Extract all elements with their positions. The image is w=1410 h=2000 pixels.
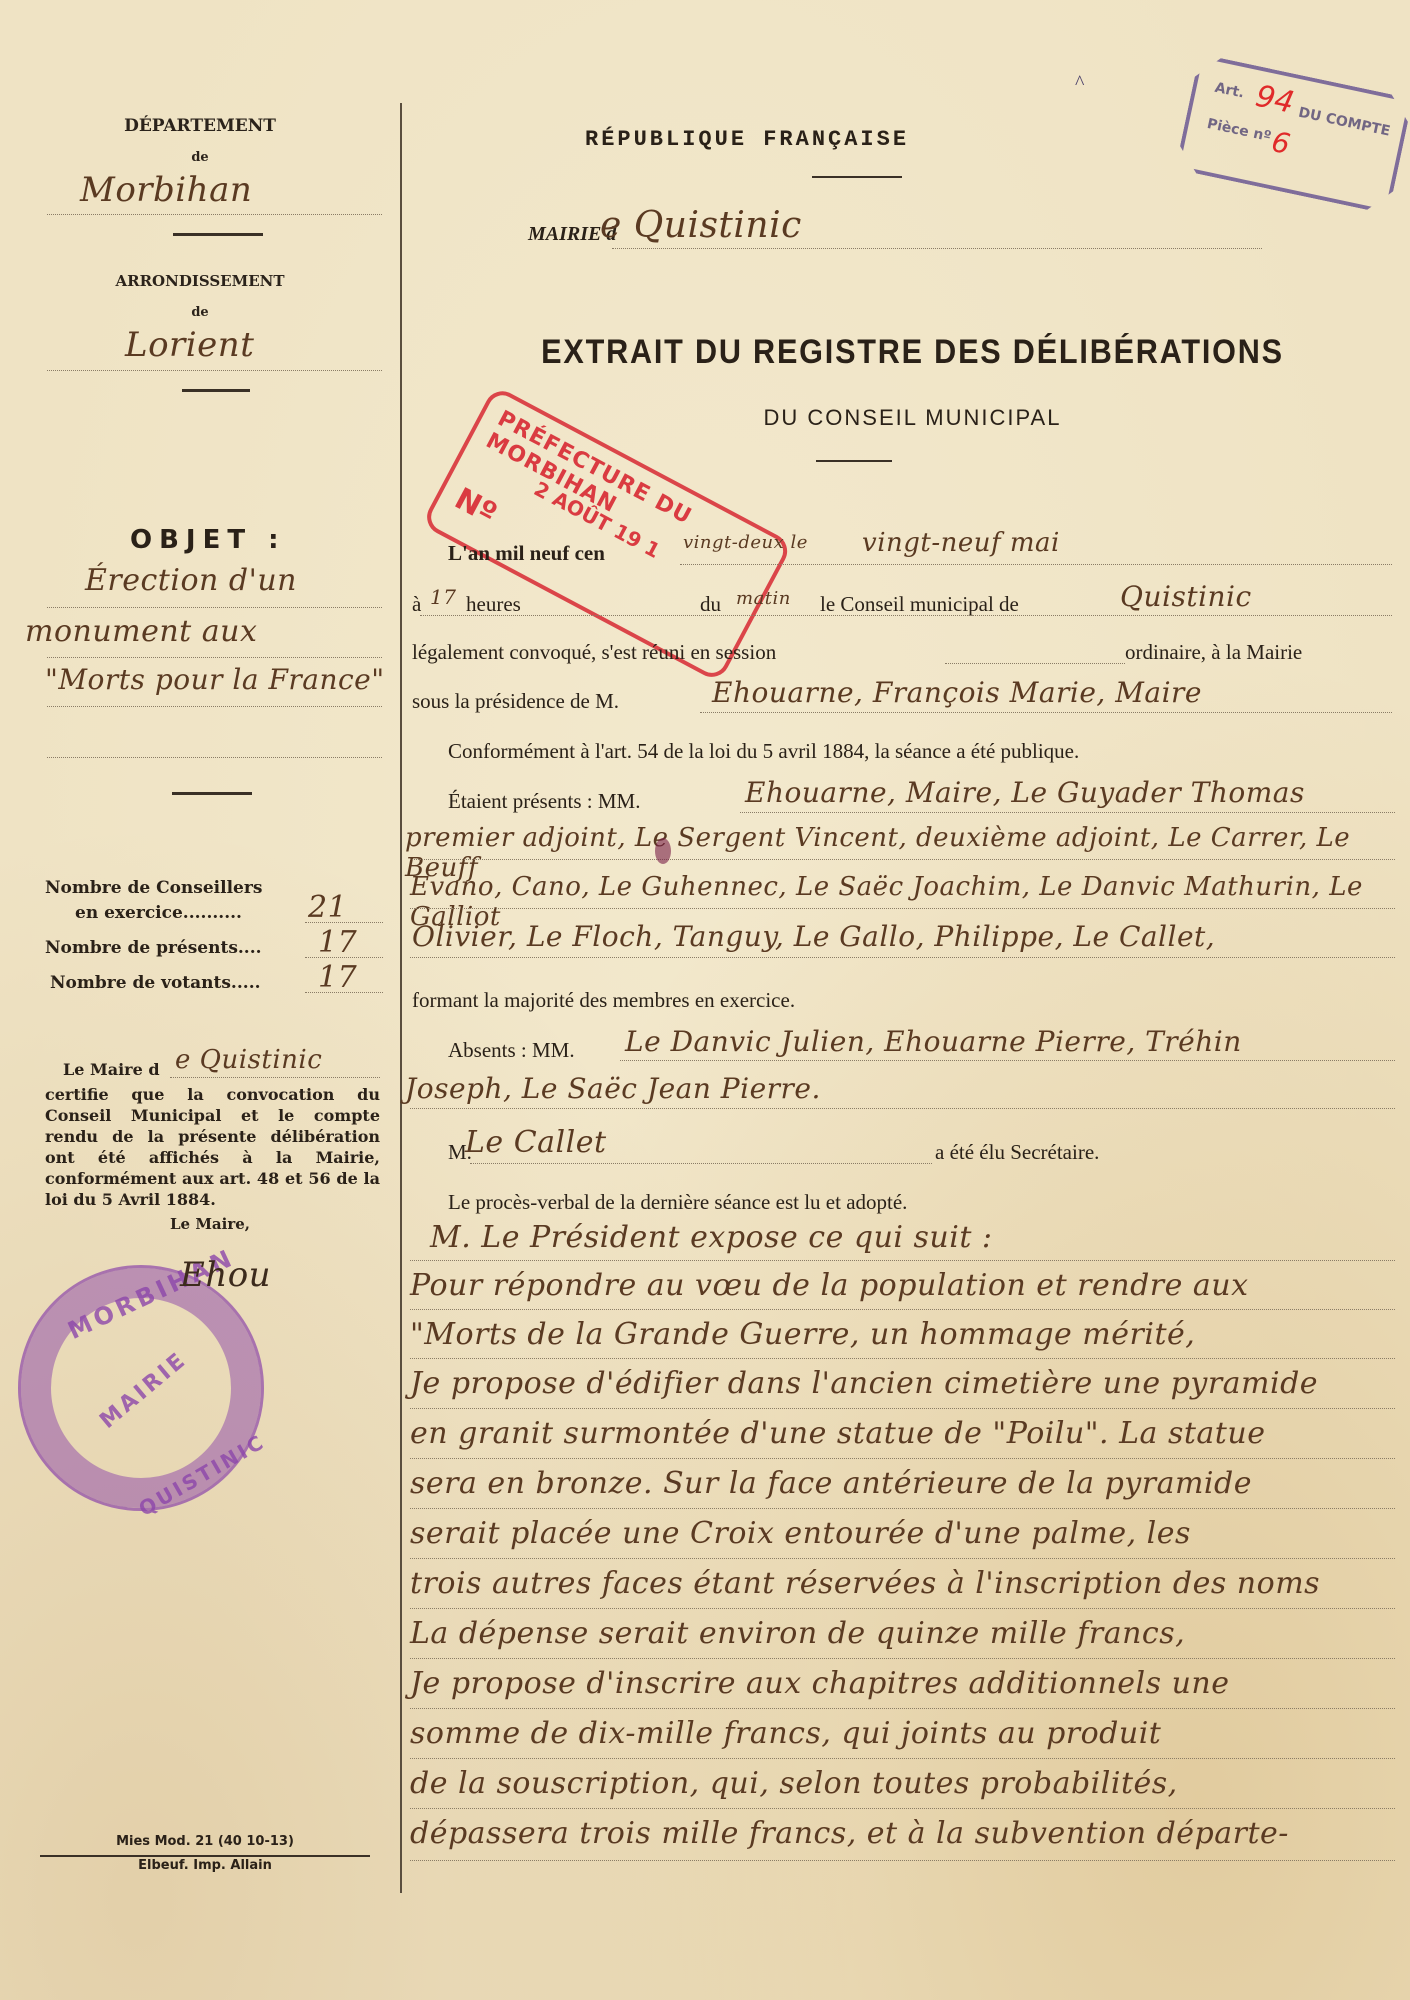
year-prefix-text: L'an mil neuf cen [448, 541, 605, 565]
ruled-line [410, 1608, 1395, 1609]
hour-label: heures [466, 592, 521, 617]
objet-line-1: Érection d'un [85, 563, 297, 598]
ruled-line [410, 1358, 1395, 1359]
year-value: vingt-deux le [683, 532, 808, 553]
commune-value: Quistinic [1120, 580, 1252, 613]
secretaire-value: Le Callet [465, 1125, 607, 1160]
le-maire-signature-label: Le Maire, [170, 1215, 250, 1233]
objet-rule [47, 607, 382, 608]
footer-rule [40, 1855, 370, 1857]
value-line [305, 922, 383, 923]
mairie-stamp: MORBIHAN MAIRIE QUISTINIC [18, 1265, 264, 1511]
absents-line-2: Joseph, Le Saëc Jean Pierre. [405, 1072, 821, 1105]
certification-text: certifie que la convocation du Conseil M… [45, 1084, 380, 1210]
deliberation-line: "Morts de la Grande Guerre, un hommage m… [410, 1317, 1195, 1352]
mayor-signature: Ehou [180, 1255, 271, 1295]
departement-de: de [100, 150, 300, 165]
ruled-line [410, 1558, 1395, 1559]
departement-value: Morbihan [80, 170, 252, 210]
deliberation-line: La dépense serait environ de quinze mill… [410, 1616, 1185, 1651]
separator-rule [816, 460, 892, 462]
stamp-center: MAIRIE [95, 1347, 192, 1434]
mairie-value: e Quistinic [600, 205, 802, 246]
ruled-line [410, 1808, 1395, 1809]
deliberation-line: serait placée une Croix entourée d'une p… [410, 1516, 1191, 1551]
objet-label: OBJET : [130, 525, 286, 555]
ruled-line [410, 1508, 1395, 1509]
majorite-text: formant la majorité des membres en exerc… [412, 988, 795, 1013]
session-ordinaire: ordinaire, à la Mairie [1125, 640, 1302, 665]
separator-rule [173, 233, 263, 236]
deliberation-line: en granit surmontée d'une statue de "Poi… [410, 1416, 1265, 1451]
deliberation-line: Pour répondre au vœu de la population et… [410, 1268, 1249, 1303]
presents-label: Étaient présents : MM. [448, 789, 640, 814]
year-prefix: L'an mil neuf cen [448, 541, 605, 566]
presents-line-4: Olivier, Le Floch, Tanguy, Le Gallo, Phi… [412, 920, 1215, 953]
certification-commune: e Quistinic [175, 1045, 322, 1075]
ruled-line [410, 1860, 1395, 1861]
ruled-line [410, 1260, 1395, 1261]
votants-label: Nombre de votants..... [50, 973, 261, 993]
departement-line [47, 214, 382, 215]
stamp-ring-bottom: QUISTINIC [135, 1429, 270, 1521]
du-label: du [700, 592, 721, 617]
hour-line [420, 615, 1392, 616]
mairie-line [612, 248, 1262, 249]
arrondissement-de: de [100, 305, 300, 320]
deliberation-line: trois autres faces étant réservées à l'i… [410, 1566, 1320, 1601]
caret-mark-icon: ^ [1075, 72, 1084, 95]
session-text: légalement convoqué, s'est réuni en sess… [412, 640, 776, 665]
deliberation-line: M. Le Président expose ce qui suit : [430, 1220, 993, 1255]
secretaire-line [470, 1163, 932, 1164]
hour-value: 17 [430, 585, 456, 609]
ruled-line [410, 1758, 1395, 1759]
document-title: EXTRAIT DU REGISTRE DES DÉLIBÉRATIONS [469, 333, 1356, 372]
objet-rule [47, 657, 382, 658]
republique-heading: RÉPUBLIQUE FRANÇAISE [585, 127, 909, 152]
ink-blot [655, 838, 671, 864]
commune-line [170, 1077, 380, 1078]
separator-rule [812, 176, 902, 178]
deliberation-line: de la souscription, qui, selon toutes pr… [410, 1766, 1178, 1801]
presidence-value: Ehouarne, François Marie, Maire [712, 676, 1202, 709]
presents-line-1: Ehouarne, Maire, Le Guyader Thomas [745, 776, 1305, 809]
proces-verbal-text: Le procès-verbal de la dernière séance e… [448, 1190, 907, 1215]
period-value: matin [736, 588, 791, 609]
le-maire-prefix: Le Maire d [63, 1060, 160, 1079]
presents-rule [410, 859, 1395, 860]
stamp-art-label: Art. [1213, 80, 1245, 102]
stamp-art-value: 94 [1252, 79, 1297, 121]
conformement-text: Conformément à l'art. 54 de la loi du 5 … [448, 739, 1079, 764]
presents-rule [410, 957, 1395, 958]
arrondissement-line [47, 370, 382, 371]
deliberation-line: somme de dix-mille francs, qui joints au… [410, 1716, 1161, 1751]
objet-line-2: monument aux [25, 614, 257, 649]
conseillers-label-2: en exercice.......... [75, 903, 242, 923]
secretaire-suffix: a été élu Secrétaire. [935, 1140, 1099, 1165]
form-model: Mies Mod. 21 (40 10-13) [40, 1834, 370, 1849]
value-line [305, 992, 383, 993]
deliberation-line: sera en bronze. Sur la face antérieure d… [410, 1466, 1252, 1501]
presents-value: 17 [318, 925, 357, 960]
objet-line-3: "Morts pour la France" [45, 663, 385, 696]
value-line [305, 957, 383, 958]
separator-rule [182, 389, 250, 392]
ruled-line [410, 1658, 1395, 1659]
compte-stamp: Art. 94 DU COMPTE Pièce nº 6 [1175, 54, 1410, 215]
deliberation-line: Je propose d'édifier dans l'ancien cimet… [410, 1366, 1318, 1401]
absents-line-1: Le Danvic Julien, Ehouarne Pierre, Tréhi… [625, 1025, 1242, 1058]
ruled-line [410, 1408, 1395, 1409]
conseillers-value: 21 [308, 890, 347, 925]
objet-rule [47, 757, 382, 758]
ruled-line [410, 1708, 1395, 1709]
arrondissement-label: ARRONDISSEMENT [100, 272, 300, 290]
ruled-line [410, 1309, 1395, 1310]
prefecture-stamp-no: Nº [449, 481, 503, 532]
presidence-label: sous la présidence de M. [412, 689, 619, 714]
deliberation-line: dépassera trois mille francs, et à la su… [410, 1816, 1289, 1851]
conseil-text: le Conseil municipal de [820, 592, 1019, 617]
conseillers-label: Nombre de Conseillers [45, 878, 262, 898]
presidence-line [700, 712, 1392, 713]
ruled-line [410, 1458, 1395, 1459]
printer: Elbeuf. Imp. Allain [40, 1858, 370, 1873]
objet-rule [47, 706, 382, 707]
presents-label: Nombre de présents.... [45, 938, 262, 958]
stamp-piece-label: Pièce nº [1206, 116, 1273, 145]
absents-rule [410, 1108, 1395, 1109]
votants-value: 17 [318, 960, 357, 995]
arrondissement-value: Lorient [125, 325, 254, 365]
departement-label: DÉPARTEMENT [100, 116, 300, 136]
deliberation-line: Je propose d'inscrire aux chapitres addi… [410, 1666, 1229, 1701]
stamp-du-compte: DU COMPTE [1297, 105, 1392, 140]
session-line [945, 663, 1125, 664]
absents-rule [620, 1060, 1395, 1061]
prefecture-stamp-title: PRÉFECTURE DU MORBIHAN [482, 406, 784, 598]
absents-label: Absents : MM. [448, 1038, 575, 1063]
hour-prefix: à [412, 592, 421, 617]
date-value: vingt-neuf mai [862, 528, 1060, 558]
year-line [680, 564, 1392, 565]
presents-rule [740, 812, 1395, 813]
separator-rule [172, 792, 252, 795]
presents-rule [410, 908, 1395, 909]
column-divider [400, 103, 402, 1893]
